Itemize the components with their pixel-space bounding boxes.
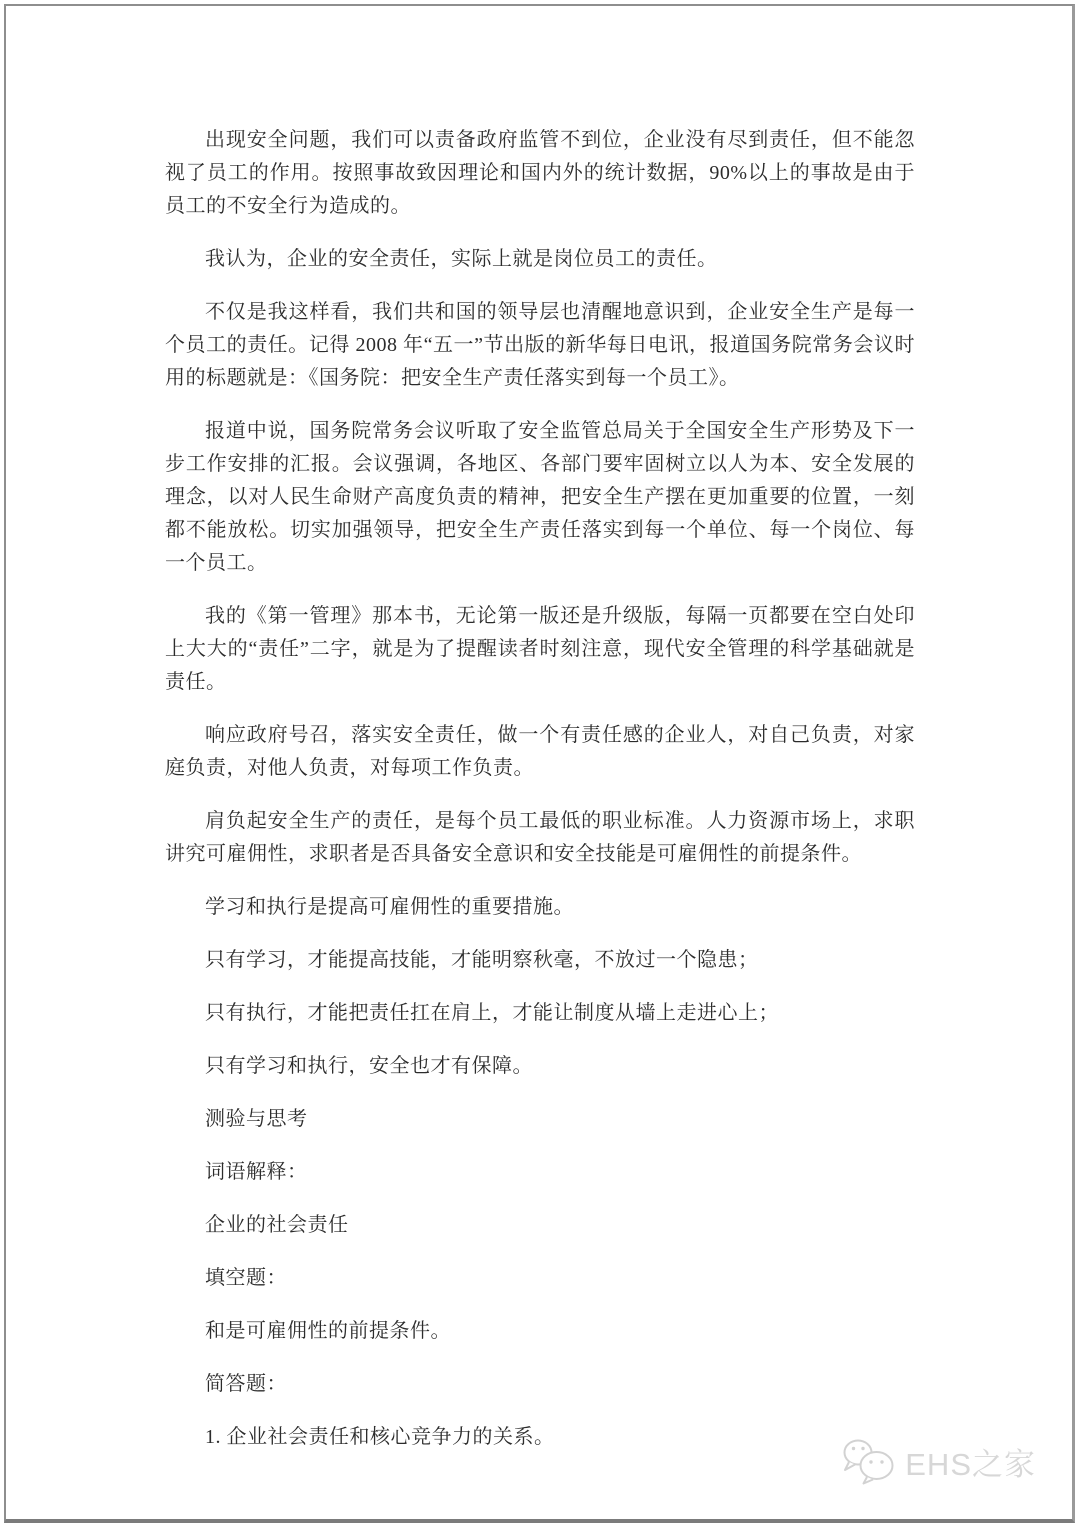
paragraph: 只有执行，才能把责任扛在肩上，才能让制度从墙上走进心上； [165, 997, 915, 1030]
document-body: 出现安全问题，我们可以责备政府监管不到位，企业没有尽到责任，但不能忽视了员工的作… [165, 124, 915, 1474]
question-label: 词语解释： [165, 1156, 915, 1189]
paragraph: 出现安全问题，我们可以责备政府监管不到位，企业没有尽到责任，但不能忽视了员工的作… [165, 124, 915, 223]
question-item: 和是可雇佣性的前提条件。 [165, 1315, 915, 1348]
wechat-icon [840, 1437, 896, 1485]
paragraph: 肩负起安全生产的责任，是每个员工最低的职业标准。人力资源市场上，求职讲究可雇佣性… [165, 805, 915, 871]
section-heading: 测验与思考 [165, 1103, 915, 1136]
watermark-label: EHS之家 [905, 1439, 1036, 1484]
paragraph: 学习和执行是提高可雇佣性的重要措施。 [165, 891, 915, 924]
watermark: EHS之家 [840, 1437, 1036, 1485]
question-label: 简答题： [165, 1368, 915, 1401]
question-label: 填空题： [165, 1262, 915, 1295]
paragraph: 不仅是我这样看，我们共和国的领导层也清醒地意识到，企业安全生产是每一个员工的责任… [165, 296, 915, 395]
paragraph: 报道中说，国务院常务会议听取了安全监管总局关于全国安全生产形势及下一步工作安排的… [165, 415, 915, 580]
paragraph: 只有学习，才能提高技能，才能明察秋毫，不放过一个隐患； [165, 944, 915, 977]
question-item: 企业的社会责任 [165, 1209, 915, 1242]
paragraph: 只有学习和执行，安全也才有保障。 [165, 1050, 915, 1083]
document-page: { "document": { "language": "zh-CN", "pa… [0, 0, 1080, 1527]
paragraph: 我的《第一管理》那本书，无论第一版还是升级版，每隔一页都要在空白处印上大大的“责… [165, 600, 915, 699]
paragraph: 我认为，企业的安全责任，实际上就是岗位员工的责任。 [165, 243, 915, 276]
paragraph: 响应政府号召，落实安全责任，做一个有责任感的企业人，对自己负责，对家庭负责，对他… [165, 719, 915, 785]
question-item: 1. 企业社会责任和核心竞争力的关系。 [165, 1421, 915, 1454]
